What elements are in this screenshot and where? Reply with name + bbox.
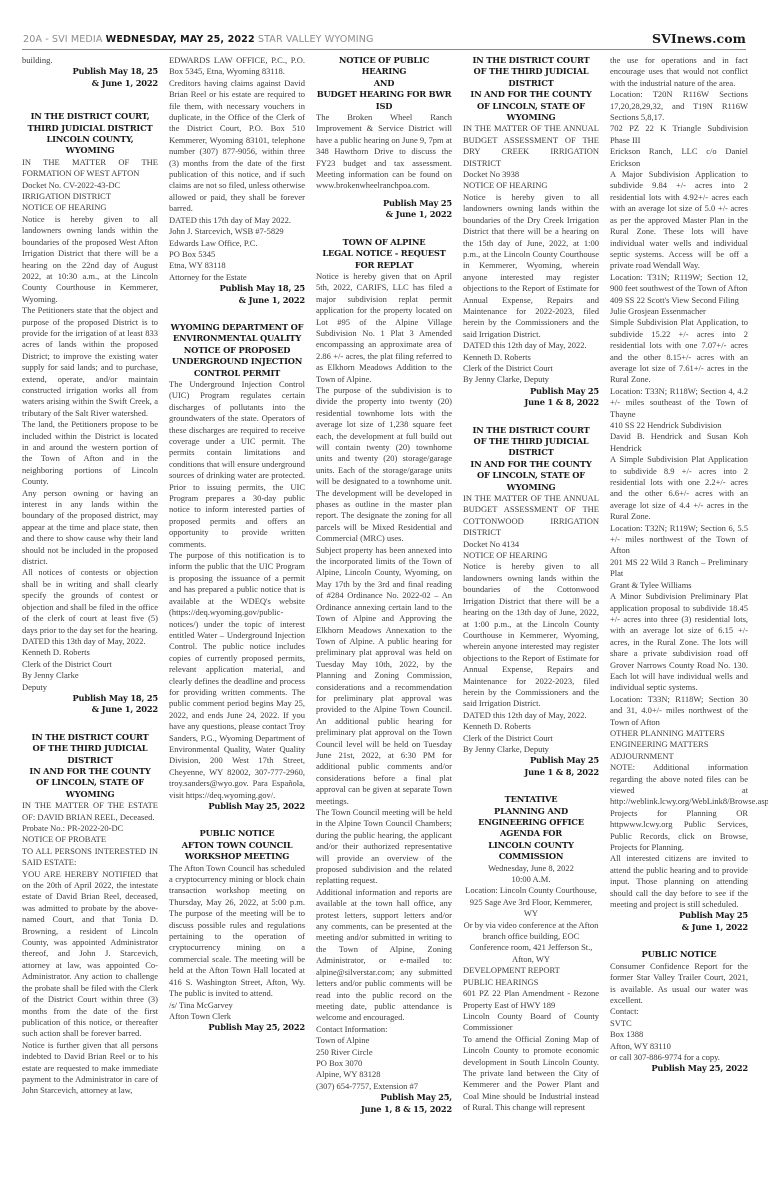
heading-line: UNDERGROUND INJECTION <box>169 356 305 367</box>
location-line: Location: T20N R116W Sections 17,20,28,2… <box>610 89 748 123</box>
heading-line: ENGINEERING OFFICE <box>463 817 599 828</box>
continued-text: building. <box>22 55 158 66</box>
paragraph: Simple Subdivision Plat Application, to … <box>610 317 748 385</box>
heading-line: NOTICE OF PUBLIC HEARING <box>316 55 452 78</box>
docket-number: Docket No 4134 <box>463 539 599 550</box>
paragraph: the use for operations and in fact encou… <box>610 55 748 89</box>
heading-line: AFTON TOWN COUNCIL <box>169 840 305 851</box>
heading-line: WYOMING <box>463 482 599 493</box>
publish-line: Publish May 18, 25& June 1, 2022 <box>22 66 158 89</box>
paragraph: A Minor Subdivision Preliminary Plat app… <box>610 591 748 694</box>
publish-line: Publish May 25& June 1, 2022 <box>610 910 748 933</box>
signature-line: Edwards Law Office, P.C. <box>169 238 305 249</box>
heading-line: LEGAL NOTICE - REQUEST <box>316 248 452 259</box>
agenda-applicant: Julie Grosjean Essenmacher <box>610 306 748 317</box>
heading-line: COMMISSION <box>463 851 599 862</box>
issue-date: WEDNESDAY, MAY 25, 2022 <box>106 34 255 45</box>
heading-line: OF THE THIRD JUDICIAL <box>463 436 599 447</box>
paragraph: The Underground Injection Control (UIC) … <box>169 379 305 550</box>
agenda-item: 409 SS 22 Scott's View Second Filing <box>610 295 748 306</box>
agenda-section: DEVELOPMENT REPORT <box>463 965 599 976</box>
note-paragraph: NOTE: Additional information regarding t… <box>610 762 748 853</box>
docket-number: Docket No. CV-2022-43-DC <box>22 180 158 191</box>
heading-line: DISTRICT <box>22 755 158 766</box>
legal-notices: building. Publish May 18, 25& June 1, 20… <box>22 55 748 1175</box>
publish-date: Publish May 25, <box>316 1092 452 1103</box>
publish-date: Publish May 25, 2022 <box>610 1063 748 1074</box>
signature-line: DATED this 13th day of May, 2022. <box>22 636 158 647</box>
heading-line: IN THE DISTRICT COURT <box>22 732 158 743</box>
paragraph: The Afton Town Council has scheduled a c… <box>169 863 305 1000</box>
contact-line: Contact: <box>610 1006 748 1017</box>
notice-heading: NOTICE OF PUBLIC HEARING AND BUDGET HEAR… <box>316 55 452 112</box>
heading-line: DISTRICT <box>463 78 599 89</box>
agenda-section: ADJOURNMENT <box>610 751 748 762</box>
publish-date: & June 1, 2022 <box>316 209 452 220</box>
region: STAR VALLEY WYOMING <box>258 34 374 45</box>
notice-type: NOTICE OF HEARING <box>22 202 158 213</box>
signature-line: Clerk of the District Court <box>463 733 599 744</box>
signature-line: DATED this 12th day of May, 2022. <box>463 340 599 351</box>
paragraph: A Simple Subdivision Plat Application to… <box>610 454 748 522</box>
notice-heading: TOWN OF ALPINE LEGAL NOTICE - REQUEST FO… <box>316 237 452 271</box>
contact-line: Alpine, WY 83128 <box>316 1069 452 1080</box>
publish-line: Publish May 25& June 1, 2022 <box>316 198 452 221</box>
notice-heading: TENTATIVE PLANNING AND ENGINEERING OFFIC… <box>463 794 599 862</box>
heading-line: WYOMING <box>463 112 599 123</box>
agenda-applicant: Lincoln County Board of County Commissio… <box>463 1011 599 1034</box>
heading-line: IN AND FOR THE COUNTY <box>463 459 599 470</box>
heading-line: AGENDA FOR <box>463 828 599 839</box>
publish-date: Publish May 25 <box>463 755 599 766</box>
heading-line: WORKSHOP MEETING <box>169 851 305 862</box>
contact-phone: or call 307-886-9774 for a copy. <box>610 1052 748 1063</box>
meeting-location: Location: Lincoln County Courthouse, 925… <box>463 885 599 919</box>
signature-line: John J. Starcevich, WSB #7-5829 <box>169 226 305 237</box>
heading-line: OF LINCOLN, STATE OF <box>22 777 158 788</box>
paragraph: All notices of contests or objection sha… <box>22 567 158 635</box>
paragraph: Notice is hereby given to all landowners… <box>463 192 599 340</box>
location-line: Location: T31N; R119W; Section 12, 900 f… <box>610 272 748 295</box>
heading-line: LINCOLN COUNTY <box>463 840 599 851</box>
paragraph: Additional information and reports are a… <box>316 887 452 1024</box>
signature-line: Kenneth D. Roberts <box>463 721 599 732</box>
heading-line: IN THE DISTRICT COURT <box>463 55 599 66</box>
notice-ccr-trailer-court: PUBLIC NOTICE Consumer Confidence Report… <box>610 949 748 1074</box>
paragraph: Notice is hereby given that on April 5th… <box>316 271 452 385</box>
signature-line: DATED this 17th day of May 2022. <box>169 215 305 226</box>
heading-line: OF LINCOLN, STATE OF <box>463 101 599 112</box>
publish-date: Publish May 25 <box>463 386 599 397</box>
paragraph: EDWARDS LAW OFFICE, P.C., P.O. Box 5345,… <box>169 55 305 78</box>
agenda-section: PUBLIC HEARINGS <box>463 977 599 988</box>
notice-afton-workshop: PUBLIC NOTICE AFTON TOWN COUNCIL WORKSHO… <box>169 828 305 1033</box>
agenda-section: ENGINEERING MATTERS <box>610 739 748 750</box>
location-line: Location: T32N; R119W; Section 6, 5.5 +/… <box>610 523 748 557</box>
publish-date: June 1 & 8, 2022 <box>463 397 599 408</box>
publish-date: Publish May 18, 25 <box>22 66 158 77</box>
notice-reel-probate-continued: EDWARDS LAW OFFICE, P.C., P.O. Box 5345,… <box>169 55 305 306</box>
paragraph: YOU ARE HEREBY NOTIFIED that on the 20th… <box>22 869 158 1040</box>
heading-line: WYOMING DEPARTMENT OF <box>169 322 305 333</box>
meeting-date: Wednesday, June 8, 2022 <box>463 863 599 874</box>
notice-planning-agenda-continued: the use for operations and in fact encou… <box>610 55 748 933</box>
signature-line: Deputy <box>22 682 158 693</box>
signature-line: By Jenny Clarke, Deputy <box>463 374 599 385</box>
heading-line: NOTICE OF PROPOSED <box>169 345 305 356</box>
paragraph: The purpose of the subdivision is to div… <box>316 385 452 545</box>
contact-line: Town of Alpine <box>316 1035 452 1046</box>
heading-line: OF THE THIRD JUDICIAL <box>463 66 599 77</box>
heading-line: OF THE THIRD JUDICIAL <box>22 743 158 754</box>
caption-line: IN THE MATTER OF THE ESTATE OF: DAVID BR… <box>22 800 158 823</box>
notice-cottonwood-irrigation: IN THE DISTRICT COURT OF THE THIRD JUDIC… <box>463 425 599 779</box>
heading-line: THIRD JUDICIAL DISTRICT <box>22 123 158 134</box>
heading-line: AND <box>316 78 452 89</box>
signature-line: Kenneth D. Roberts <box>463 352 599 363</box>
notice-dry-creek-irrigation: IN THE DISTRICT COURT OF THE THIRD JUDIC… <box>463 55 599 409</box>
signature-line: By Jenny Clarke <box>22 670 158 681</box>
publish-date: Publish May 25 <box>610 910 748 921</box>
heading-line: IN AND FOR THE COUNTY <box>22 766 158 777</box>
signature-line: Clerk of the District Court <box>463 363 599 374</box>
column-2: EDWARDS LAW OFFICE, P.C., P.O. Box 5345,… <box>169 55 305 1034</box>
heading-line: DISTRICT <box>463 447 599 458</box>
heading-line: PUBLIC NOTICE <box>610 949 748 960</box>
signature-line: Clerk of the District Court <box>22 659 158 670</box>
notice-reel-probate: IN THE DISTRICT COURT OF THE THIRD JUDIC… <box>22 732 158 1097</box>
publish-date: & June 1, 2022 <box>610 922 748 933</box>
paragraph: Subject property has been annexed into t… <box>316 545 452 807</box>
caption-line: TO ALL PERSONS INTERESTED IN SAID ESTATE… <box>22 846 158 869</box>
signature-line: Afton Town Clerk <box>169 1011 305 1022</box>
heading-line: ENVIRONMENTAL QUALITY <box>169 333 305 344</box>
publish-date: June 1 & 8, 2022 <box>463 767 599 778</box>
signature-line: DATED this 12th day of May, 2022. <box>463 710 599 721</box>
notice-type: NOTICE OF HEARING <box>463 550 599 561</box>
paragraph: The purpose of this notification is to i… <box>169 550 305 801</box>
signature-line: PO Box 5345 <box>169 249 305 260</box>
publish-date: June 1, 8 & 15, 2022 <box>316 1104 452 1115</box>
notice-wdeq-uic-permit: WYOMING DEPARTMENT OF ENVIRONMENTAL QUAL… <box>169 322 305 812</box>
location-line: Location: T33N; R118W; Section 30 and 31… <box>610 694 748 728</box>
paragraph: The Town Council meeting will be held in… <box>316 807 452 887</box>
masthead-info: 20A - SVI MEDIA WEDNESDAY, MAY 25, 2022 … <box>23 34 374 45</box>
notice-bwr-budget-hearing: NOTICE OF PUBLIC HEARING AND BUDGET HEAR… <box>316 55 452 221</box>
publish-date: Publish May 18, 25 <box>22 693 158 704</box>
publish-date: Publish May 25 <box>316 198 452 209</box>
probate-number: Probate No.: PR-2022-20-DC <box>22 823 158 834</box>
column-4: IN THE DISTRICT COURT OF THE THIRD JUDIC… <box>463 55 599 1114</box>
notice-type: NOTICE OF PROBATE <box>22 834 158 845</box>
agenda-item: 601 PZ 22 Plan Amendment - Rezone Proper… <box>463 988 599 1011</box>
notice-heading: IN THE DISTRICT COURT OF THE THIRD JUDIC… <box>22 732 158 800</box>
paragraph: Notice is hereby given to all landowners… <box>22 214 158 305</box>
paragraph: A Major Subdivision Application to subdi… <box>610 169 748 272</box>
page-section: 20A - SVI MEDIA <box>23 34 102 45</box>
signature-line: Kenneth D. Roberts <box>22 647 158 658</box>
publish-line: Publish May 25June 1 & 8, 2022 <box>463 755 599 778</box>
notice-heading: IN THE DISTRICT COURT, THIRD JUDICIAL DI… <box>22 111 158 157</box>
publish-line: Publish May 25, 2022 <box>169 1022 305 1033</box>
signature-line: By Jenny Clarke, Deputy <box>463 744 599 755</box>
paragraph: Creditors having claims against David Br… <box>169 78 305 215</box>
signature-line: Etna, WY 83118 <box>169 260 305 271</box>
paragraph: The land, the Petitioners propose to be … <box>22 419 158 487</box>
publish-date: & June 1, 2022 <box>22 704 158 715</box>
docket-number: Docket No 3938 <box>463 169 599 180</box>
paragraph: The Broken Wheel Ranch Improvement & Ser… <box>316 112 452 192</box>
publish-line: Publish May 25,June 1, 8 & 15, 2022 <box>316 1092 452 1115</box>
signature-line: /s/ Tina McGarvey <box>169 1000 305 1011</box>
contact-line: Contact Information: <box>316 1024 452 1035</box>
agenda-applicant: David B. Hendrick and Susan Koh Hendrick <box>610 431 748 454</box>
notice-type: NOTICE OF HEARING <box>463 180 599 191</box>
notice-heading: IN THE DISTRICT COURT OF THE THIRD JUDIC… <box>463 55 599 123</box>
notice-west-afton-irrigation: IN THE DISTRICT COURT, THIRD JUDICIAL DI… <box>22 111 158 716</box>
notice-planning-agenda: TENTATIVE PLANNING AND ENGINEERING OFFIC… <box>463 794 599 1113</box>
agenda-applicant: Erickson Ranch, LLC c/o Daniel Erickson <box>610 146 748 169</box>
column-3: NOTICE OF PUBLIC HEARING AND BUDGET HEAR… <box>316 55 452 1115</box>
column-5: the use for operations and in fact encou… <box>610 55 748 1075</box>
heading-line: WYOMING <box>22 789 158 800</box>
paragraph: Notice is hereby given to all landowners… <box>463 561 599 709</box>
publish-line: Publish May 25, 2022 <box>169 801 305 812</box>
publish-line: Publish May 25, 2022 <box>610 1063 748 1074</box>
heading-line: ISD <box>316 101 452 112</box>
heading-line: IN AND FOR THE COUNTY <box>463 89 599 100</box>
paragraph: All interested citizens are invited to a… <box>610 853 748 910</box>
masthead: 20A - SVI MEDIA WEDNESDAY, MAY 25, 2022 … <box>22 31 746 50</box>
heading-line: TOWN OF ALPINE <box>316 237 452 248</box>
caption-line: IN THE MATTER OF THE FORMATION OF WEST A… <box>22 157 158 180</box>
caption-line: IRRIGATION DISTRICT <box>22 191 158 202</box>
heading-line: CONTROL PERMIT <box>169 368 305 379</box>
meeting-video-location: Or by via video conference at the Afton … <box>463 920 599 966</box>
notice-alpine-replat: TOWN OF ALPINE LEGAL NOTICE - REQUEST FO… <box>316 237 452 1115</box>
heading-line: LINCOLN COUNTY, WYOMING <box>22 134 158 157</box>
heading-line: PLANNING AND <box>463 806 599 817</box>
paragraph: The Petitioners state that the object an… <box>22 305 158 419</box>
meeting-time: 10:00 A.M. <box>463 874 599 885</box>
publish-date: Publish May 25, 2022 <box>169 1022 305 1033</box>
contact-line: Box 1388 <box>610 1029 748 1040</box>
agenda-item: 201 MS 22 Wild 3 Ranch – Preliminary Pla… <box>610 557 748 580</box>
column-1: building. Publish May 18, 25& June 1, 20… <box>22 55 158 1097</box>
agenda-section: OTHER PLANNING MATTERS <box>610 728 748 739</box>
site-link[interactable]: SVInews.com <box>652 31 746 46</box>
publish-line: Publish May 18, 25& June 1, 2022 <box>169 283 305 306</box>
publish-date: Publish May 25, 2022 <box>169 801 305 812</box>
heading-line: FOR REPLAT <box>316 260 452 271</box>
publish-date: & June 1, 2022 <box>169 295 305 306</box>
contact-line: SVTC <box>610 1018 748 1029</box>
publish-line: Publish May 25June 1 & 8, 2022 <box>463 386 599 409</box>
paragraph: Any person owning or having an interest … <box>22 488 158 568</box>
publish-line: Publish May 18, 25& June 1, 2022 <box>22 693 158 716</box>
location-line: Location: T33N; R118W; Section 4, 4.2 +/… <box>610 386 748 420</box>
heading-line: IN THE DISTRICT COURT <box>463 425 599 436</box>
contact-phone: (307) 654-7757, Extension #7 <box>316 1081 452 1092</box>
heading-line: TENTATIVE <box>463 794 599 805</box>
heading-line: IN THE DISTRICT COURT, <box>22 111 158 122</box>
paragraph: Notice is further given that all persons… <box>22 1040 158 1097</box>
caption-line: IN THE MATTER OF THE ANNUAL BUDGET ASSES… <box>463 123 599 169</box>
signature-line: Attorney for the Estate <box>169 272 305 283</box>
contact-line: PO Box 3070 <box>316 1058 452 1069</box>
notice-heading: PUBLIC NOTICE AFTON TOWN COUNCIL WORKSHO… <box>169 828 305 862</box>
heading-line: BUDGET HEARING FOR BWR <box>316 89 452 100</box>
caption-line: IN THE MATTER OF THE ANNUAL BUDGET ASSES… <box>463 493 599 539</box>
heading-line: OF LINCOLN, STATE OF <box>463 470 599 481</box>
paragraph: Consumer Confidence Report for the forme… <box>610 961 748 1007</box>
paragraph: To amend the Official Zoning Map of Linc… <box>463 1034 599 1114</box>
publish-date: & June 1, 2022 <box>22 78 158 89</box>
heading-line: PUBLIC NOTICE <box>169 828 305 839</box>
notice-heading: WYOMING DEPARTMENT OF ENVIRONMENTAL QUAL… <box>169 322 305 379</box>
agenda-item: 410 SS 22 Hendrick Subdivision <box>610 420 748 431</box>
notice-heading: IN THE DISTRICT COURT OF THE THIRD JUDIC… <box>463 425 599 493</box>
notice-heading: PUBLIC NOTICE <box>610 949 748 960</box>
contact-line: Afton, WY 83110 <box>610 1041 748 1052</box>
publish-date: Publish May 18, 25 <box>169 283 305 294</box>
contact-line: 250 River Circle <box>316 1047 452 1058</box>
agenda-item: 702 PZ 22 K Triangle Subdivision Phase I… <box>610 123 748 146</box>
agenda-applicant: Grant & Tylee Williams <box>610 580 748 591</box>
